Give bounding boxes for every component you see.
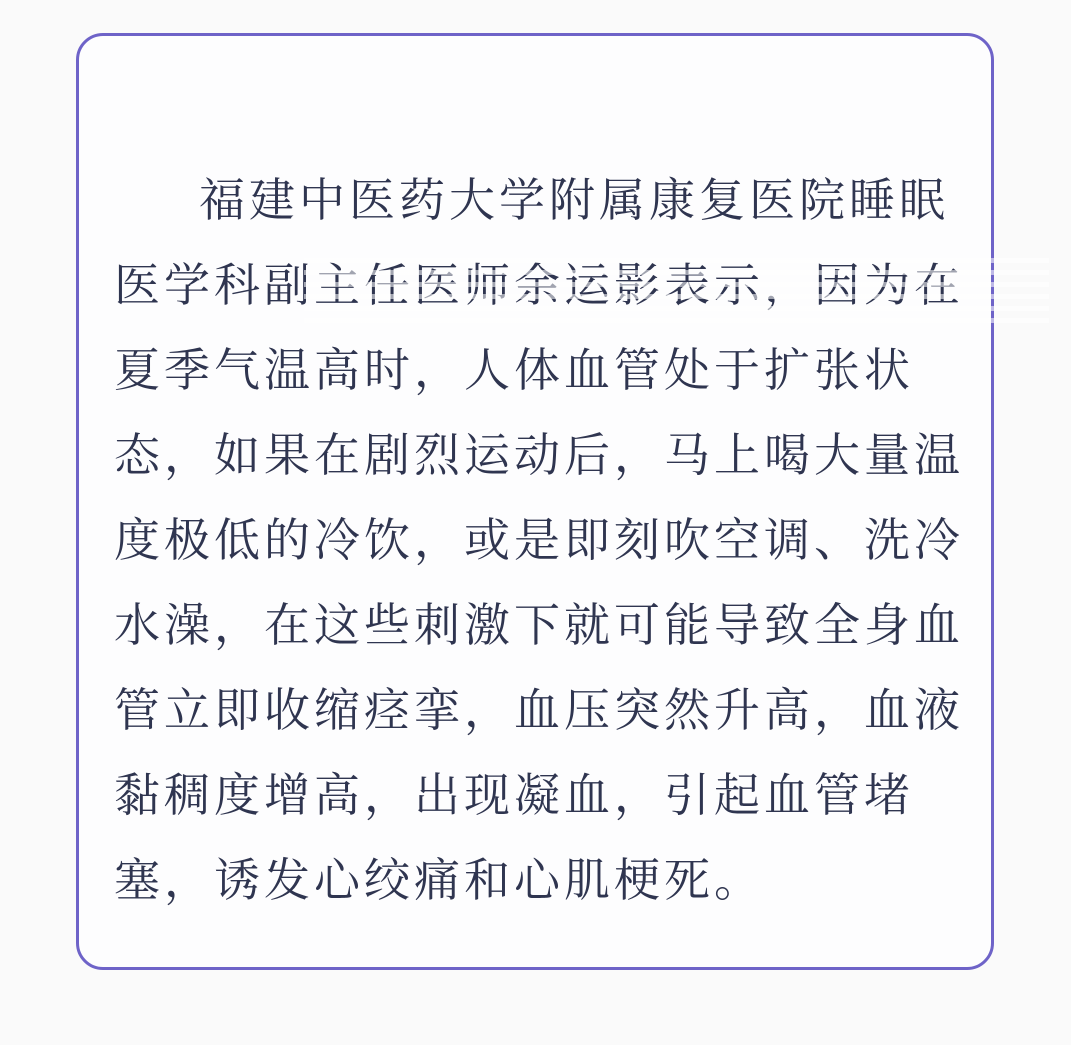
paragraph-line: 夏季气温高时，人体血管处于扩张状 — [114, 328, 961, 413]
paragraph-line: 医学科副主任医师余运影表示，因为在 — [114, 243, 961, 328]
paragraph-line: 塞，诱发心绞痛和心肌梗死。 — [114, 838, 961, 923]
paragraph-line: 管立即收缩痉挛，血压突然升高，血液 — [114, 668, 961, 753]
article-paragraph: 福建中医药大学附属康复医院睡眠 医学科副主任医师余运影表示，因为在 夏季气温高时… — [114, 158, 961, 923]
paragraph-line: 度极低的冷饮，或是即刻吹空调、洗冷 — [114, 498, 961, 583]
paragraph-line: 态，如果在剧烈运动后，马上喝大量温 — [114, 413, 961, 498]
paragraph-line: 福建中医药大学附属康复医院睡眠 — [114, 158, 961, 243]
paragraph-line: 水澡，在这些刺激下就可能导致全身血 — [114, 583, 961, 668]
paragraph-line: 黏稠度增高，出现凝血，引起血管堵 — [114, 753, 961, 838]
content-card: 福建中医药大学附属康复医院睡眠 医学科副主任医师余运影表示，因为在 夏季气温高时… — [76, 33, 994, 970]
page: { "page": { "background_color": "#fafafa… — [0, 0, 1071, 1045]
